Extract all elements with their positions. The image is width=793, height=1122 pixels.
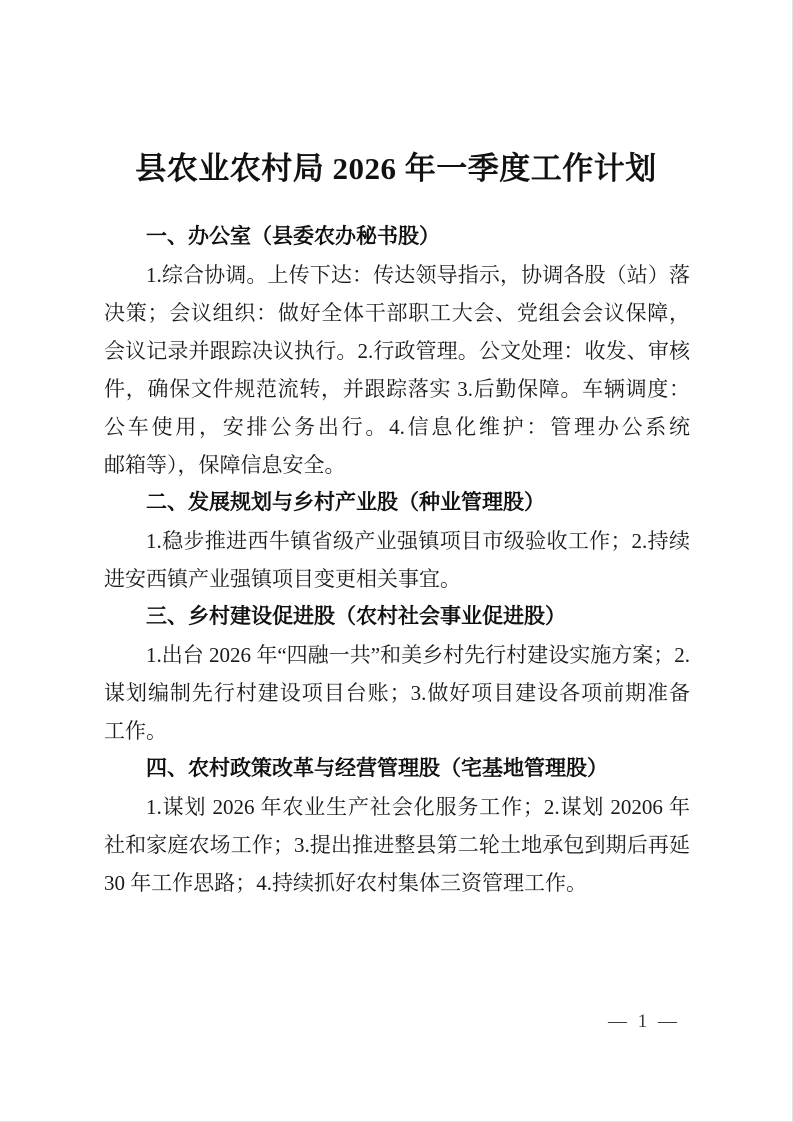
body-line: 会议记录并跟踪决议执行。2.行政管理。公文处理：收发、审核文 [104, 332, 690, 370]
body-line: 决策；会议组织：做好全体干部职工大会、党组会会议保障，做好 [104, 294, 690, 332]
section-paragraph-planning: 1.稳步推进西牛镇省级产业强镇项目市级验收工作；2.持续跟 进安西镇产业强镇项目… [104, 522, 690, 598]
section-heading-office: 一、办公室（县委农办秘书股） [104, 218, 690, 256]
body-line: 1.谋划 2026 年农业生产社会化服务工作；2.谋划 20206 年合作 [104, 788, 690, 826]
body-line: 工作。 [104, 712, 690, 750]
section-paragraph-office: 1.综合协调。上传下达：传达领导指示，协调各股（站）落实 决策；会议组织：做好全… [104, 256, 690, 484]
body-line: 1.出台 2026 年“四融一共”和美乡村先行村建设实施方案；2. [104, 636, 690, 674]
section-heading-rural-construction: 三、乡村建设促进股（农村社会事业促进股） [104, 598, 690, 636]
body-line: 公车使用，安排公务出行。4.信息化维护：管理办公系统（OA、 [104, 408, 690, 446]
body-line: 谋划编制先行村建设项目台账；3.做好项目建设各项前期准备 [104, 674, 690, 712]
section-heading-planning: 二、发展规划与乡村产业股（种业管理股） [104, 484, 690, 522]
document-body: 一、办公室（县委农办秘书股） 1.综合协调。上传下达：传达领导指示，协调各股（站… [104, 218, 690, 902]
section-heading-policy-reform: 四、农村政策改革与经营管理股（宅基地管理股） [104, 750, 690, 788]
body-line: 30 年工作思路；4.持续抓好农村集体三资管理工作。 [104, 864, 690, 902]
section-paragraph-policy-reform: 1.谋划 2026 年农业生产社会化服务工作；2.谋划 20206 年合作 社和… [104, 788, 690, 902]
body-line: 社和家庭农场工作；3.提出推进整县第二轮土地承包到期后再延长 [104, 826, 690, 864]
body-line: 1.综合协调。上传下达：传达领导指示，协调各股（站）落实 [104, 256, 690, 294]
body-line: 1.稳步推进西牛镇省级产业强镇项目市级验收工作；2.持续跟 [104, 522, 690, 560]
document-page: 县农业农村局 2026 年一季度工作计划 一、办公室（县委农办秘书股） 1.综合… [0, 0, 793, 1122]
body-line: 件，确保文件规范流转，并跟踪落实 3.后勤保障。车辆调度：管理 [104, 370, 690, 408]
section-paragraph-rural-construction: 1.出台 2026 年“四融一共”和美乡村先行村建设实施方案；2. 谋划编制先行… [104, 636, 690, 750]
body-line: 进安西镇产业强镇项目变更相关事宜。 [104, 560, 690, 598]
body-line: 邮箱等），保障信息安全。 [104, 446, 690, 484]
document-title: 县农业农村局 2026 年一季度工作计划 [0, 146, 792, 192]
page-number: — 1 — [608, 1008, 680, 1036]
